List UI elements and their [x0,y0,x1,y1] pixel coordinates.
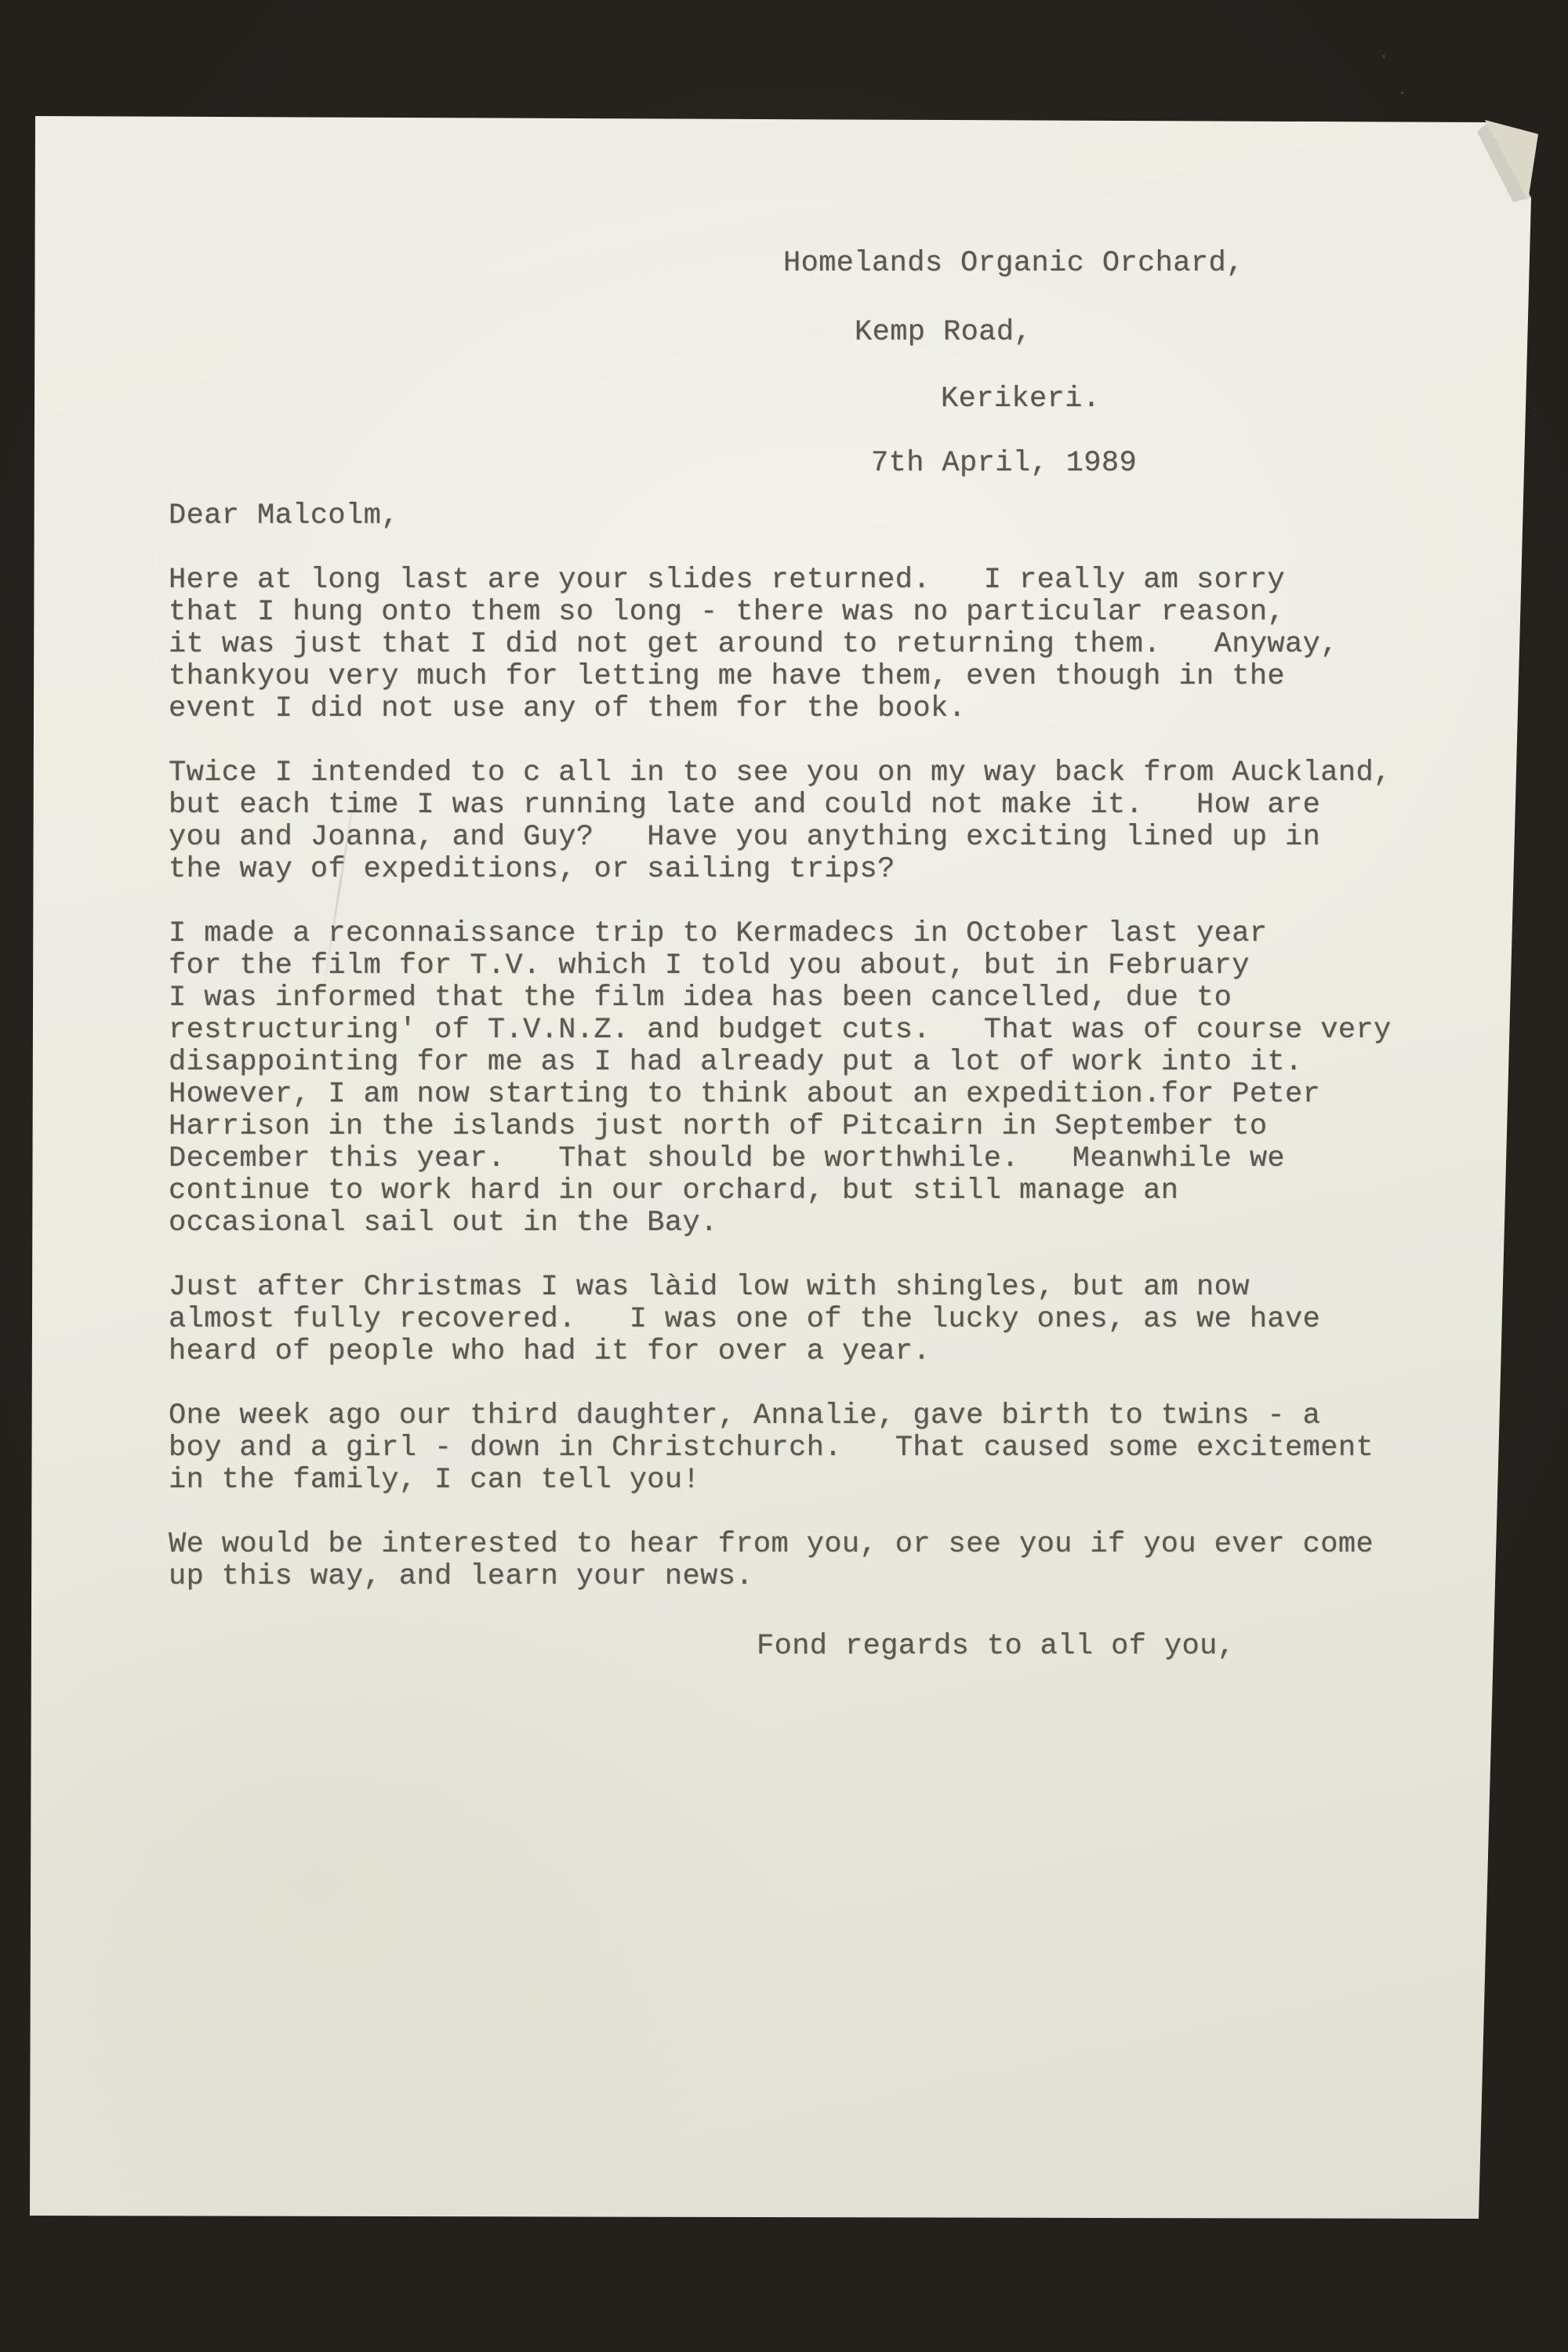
dust-speck [1382,55,1385,58]
letter-date: 7th April, 1989 [871,448,1137,480]
sender-address-line-2: Kemp Road, [855,317,1032,349]
salutation: Dear Malcolm, [169,500,399,532]
sender-address-line-3: Kerikeri. [941,383,1100,416]
sender-address-line-1: Homelands Organic Orchard, [783,248,1244,280]
dust-speck [1401,92,1403,94]
letter-body: Here at long last are your slides return… [169,564,1392,1593]
closing-line: Fond regards to all of you, [757,1631,1235,1663]
scan-background: Homelands Organic Orchard, Kemp Road, Ke… [0,0,1568,2352]
